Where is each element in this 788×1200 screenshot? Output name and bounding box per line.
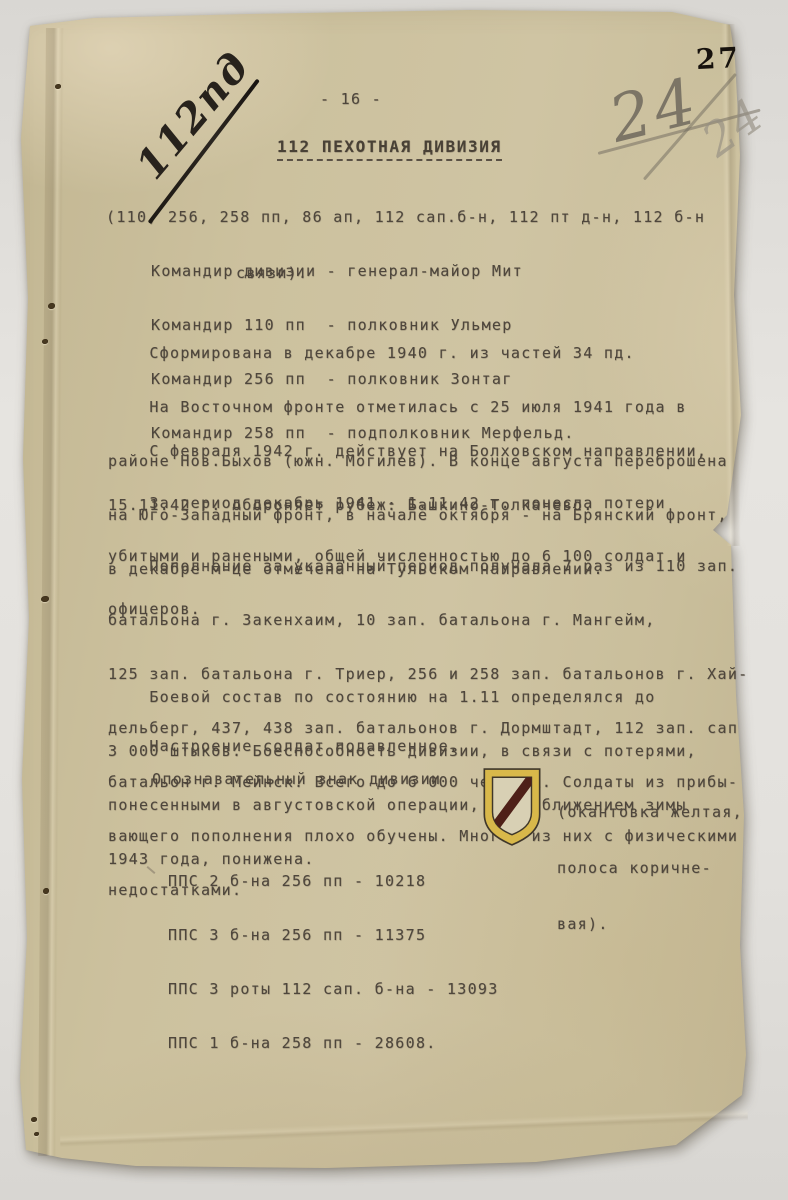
insignia-label: Опознавательный знак дивизии: [152, 770, 441, 788]
worm-hole: [48, 303, 55, 309]
text-line: Сформирована в декабре 1940 г. из частей…: [108, 344, 728, 362]
document-title: 112 ПЕХОТНАЯ ДИВИЗИЯ: [277, 137, 502, 161]
text-line: За период декабрь 1941 - 1.11.42 г. поне…: [108, 495, 687, 512]
field-post-line: ППС 1 б-на 258 пп - 28608.: [168, 1034, 499, 1052]
worm-hole: [31, 1117, 37, 1122]
worm-hole: [43, 888, 49, 894]
worm-hole: [42, 339, 48, 344]
text-line: батальона г. Закенхаим, 10 зап. батальон…: [108, 611, 749, 629]
text-line: Боевой состав по состоянию на 1.11 опред…: [108, 688, 697, 706]
worm-hole: [55, 84, 61, 89]
text-line: полоса коричне-: [557, 858, 743, 878]
field-post-line: ППС 2 б-на 256 пп - 10218: [168, 872, 499, 890]
morale-line: Настроение солдат подавленное.: [108, 737, 459, 755]
field-post-line: ППС 3 б-на 256 пп - 11375: [168, 926, 499, 944]
text-line: (110, 256, 258 пп, 86 ап, 112 сап.б-н, 1…: [106, 207, 705, 227]
text-line: Пополнение за указанный период получала …: [108, 557, 749, 575]
field-post-list: ППС 2 б-на 256 пп - 10218 ППС 3 б-на 256…: [168, 836, 499, 1088]
insignia-caption: (окантовка желтая, полоса коричне- вая).: [557, 766, 743, 970]
worm-hole: [34, 1132, 39, 1136]
text-line: (окантовка желтая,: [557, 802, 743, 822]
text-line: С февраля 1942 г. действует на Болховско…: [108, 442, 707, 460]
worm-hole: [41, 596, 49, 602]
text-line: вая).: [557, 914, 743, 934]
page-number: - 16 -: [320, 90, 382, 108]
commander-line: Командир дивизии - генерал-майор Мит: [151, 262, 575, 280]
field-post-line: ППС 3 роты 112 сап. б-на - 13093: [168, 980, 499, 998]
sheet-number-stamp: 27: [695, 41, 742, 76]
scan-background: - 16 - 112 ПЕХОТНАЯ ДИВИЗИЯ (110, 256, 2…: [0, 0, 788, 1200]
